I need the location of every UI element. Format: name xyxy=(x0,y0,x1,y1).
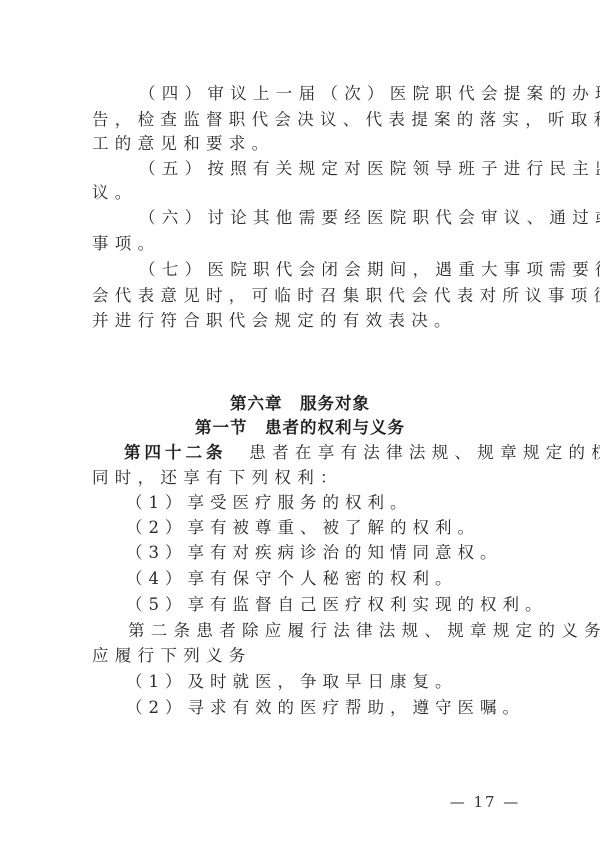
duty-item-2: （2）寻求有效的医疗帮助，遵守医嘱。 xyxy=(126,696,556,720)
chapter-title: 第六章 服务对象 xyxy=(0,392,600,416)
paragraph-7-line-2: 会代表意见时，可临时召集职代会代表对所议事项征求意见 xyxy=(92,284,522,308)
right-item-4: （4）享有保守个人秘密的权利。 xyxy=(126,567,556,591)
paragraph-5-line-1: （五）按照有关规定对医院领导班子进行民主监督和评 xyxy=(139,157,569,181)
article-text: 患者在享有法律法规、规章规定的权利的 xyxy=(227,443,600,462)
section-title: 第一节 患者的权利与义务 xyxy=(0,416,600,440)
right-item-5: （5）享有监督自己医疗权利实现的权利。 xyxy=(126,593,556,617)
article-42-line-1: 第四十二条 患者在享有法律法规、规章规定的权利的 xyxy=(124,441,554,465)
paragraph-4-line-3: 工的意见和要求。 xyxy=(92,132,522,156)
paragraph-6-line-2: 事项。 xyxy=(92,232,522,256)
paragraph-7-line-1: （七）医院职代会闭会期间，遇重大事项需要征求职代 xyxy=(139,258,569,282)
document-page: （四）审议上一届（次）医院职代会提案的办理情况报 告，检查监督职代会决议、代表提… xyxy=(0,0,600,849)
paragraph-4-line-2: 告，检查监督职代会决议、代表提案的落实，听取和反映职 xyxy=(92,108,522,132)
paragraph-5-line-2: 议。 xyxy=(92,181,522,205)
page-number: — 17 — xyxy=(440,790,530,814)
paragraph-7-line-3: 并进行符合职代会规定的有效表决。 xyxy=(92,309,522,333)
paragraph-6-line-1: （六）讨论其他需要经医院职代会审议、通过或决定的 xyxy=(139,206,569,230)
duties-intro-line-1: 第二条患者除应履行法律法规、规章规定的义务外，还 xyxy=(128,619,558,643)
duty-item-1: （1）及时就医，争取早日康复。 xyxy=(126,670,556,694)
article-label: 第四十二条 xyxy=(124,443,227,462)
right-item-1: （1）享受医疗服务的权利。 xyxy=(126,491,556,515)
article-42-line-2: 同时，还享有下列权利： xyxy=(92,466,522,490)
right-item-2: （2）享有被尊重、被了解的权利。 xyxy=(126,516,556,540)
paragraph-4-line-1: （四）审议上一届（次）医院职代会提案的办理情况报 xyxy=(139,82,569,106)
right-item-3: （3）享有对疾病诊治的知情同意权。 xyxy=(126,541,556,565)
duties-intro-line-2: 应履行下列义务 xyxy=(92,644,522,668)
